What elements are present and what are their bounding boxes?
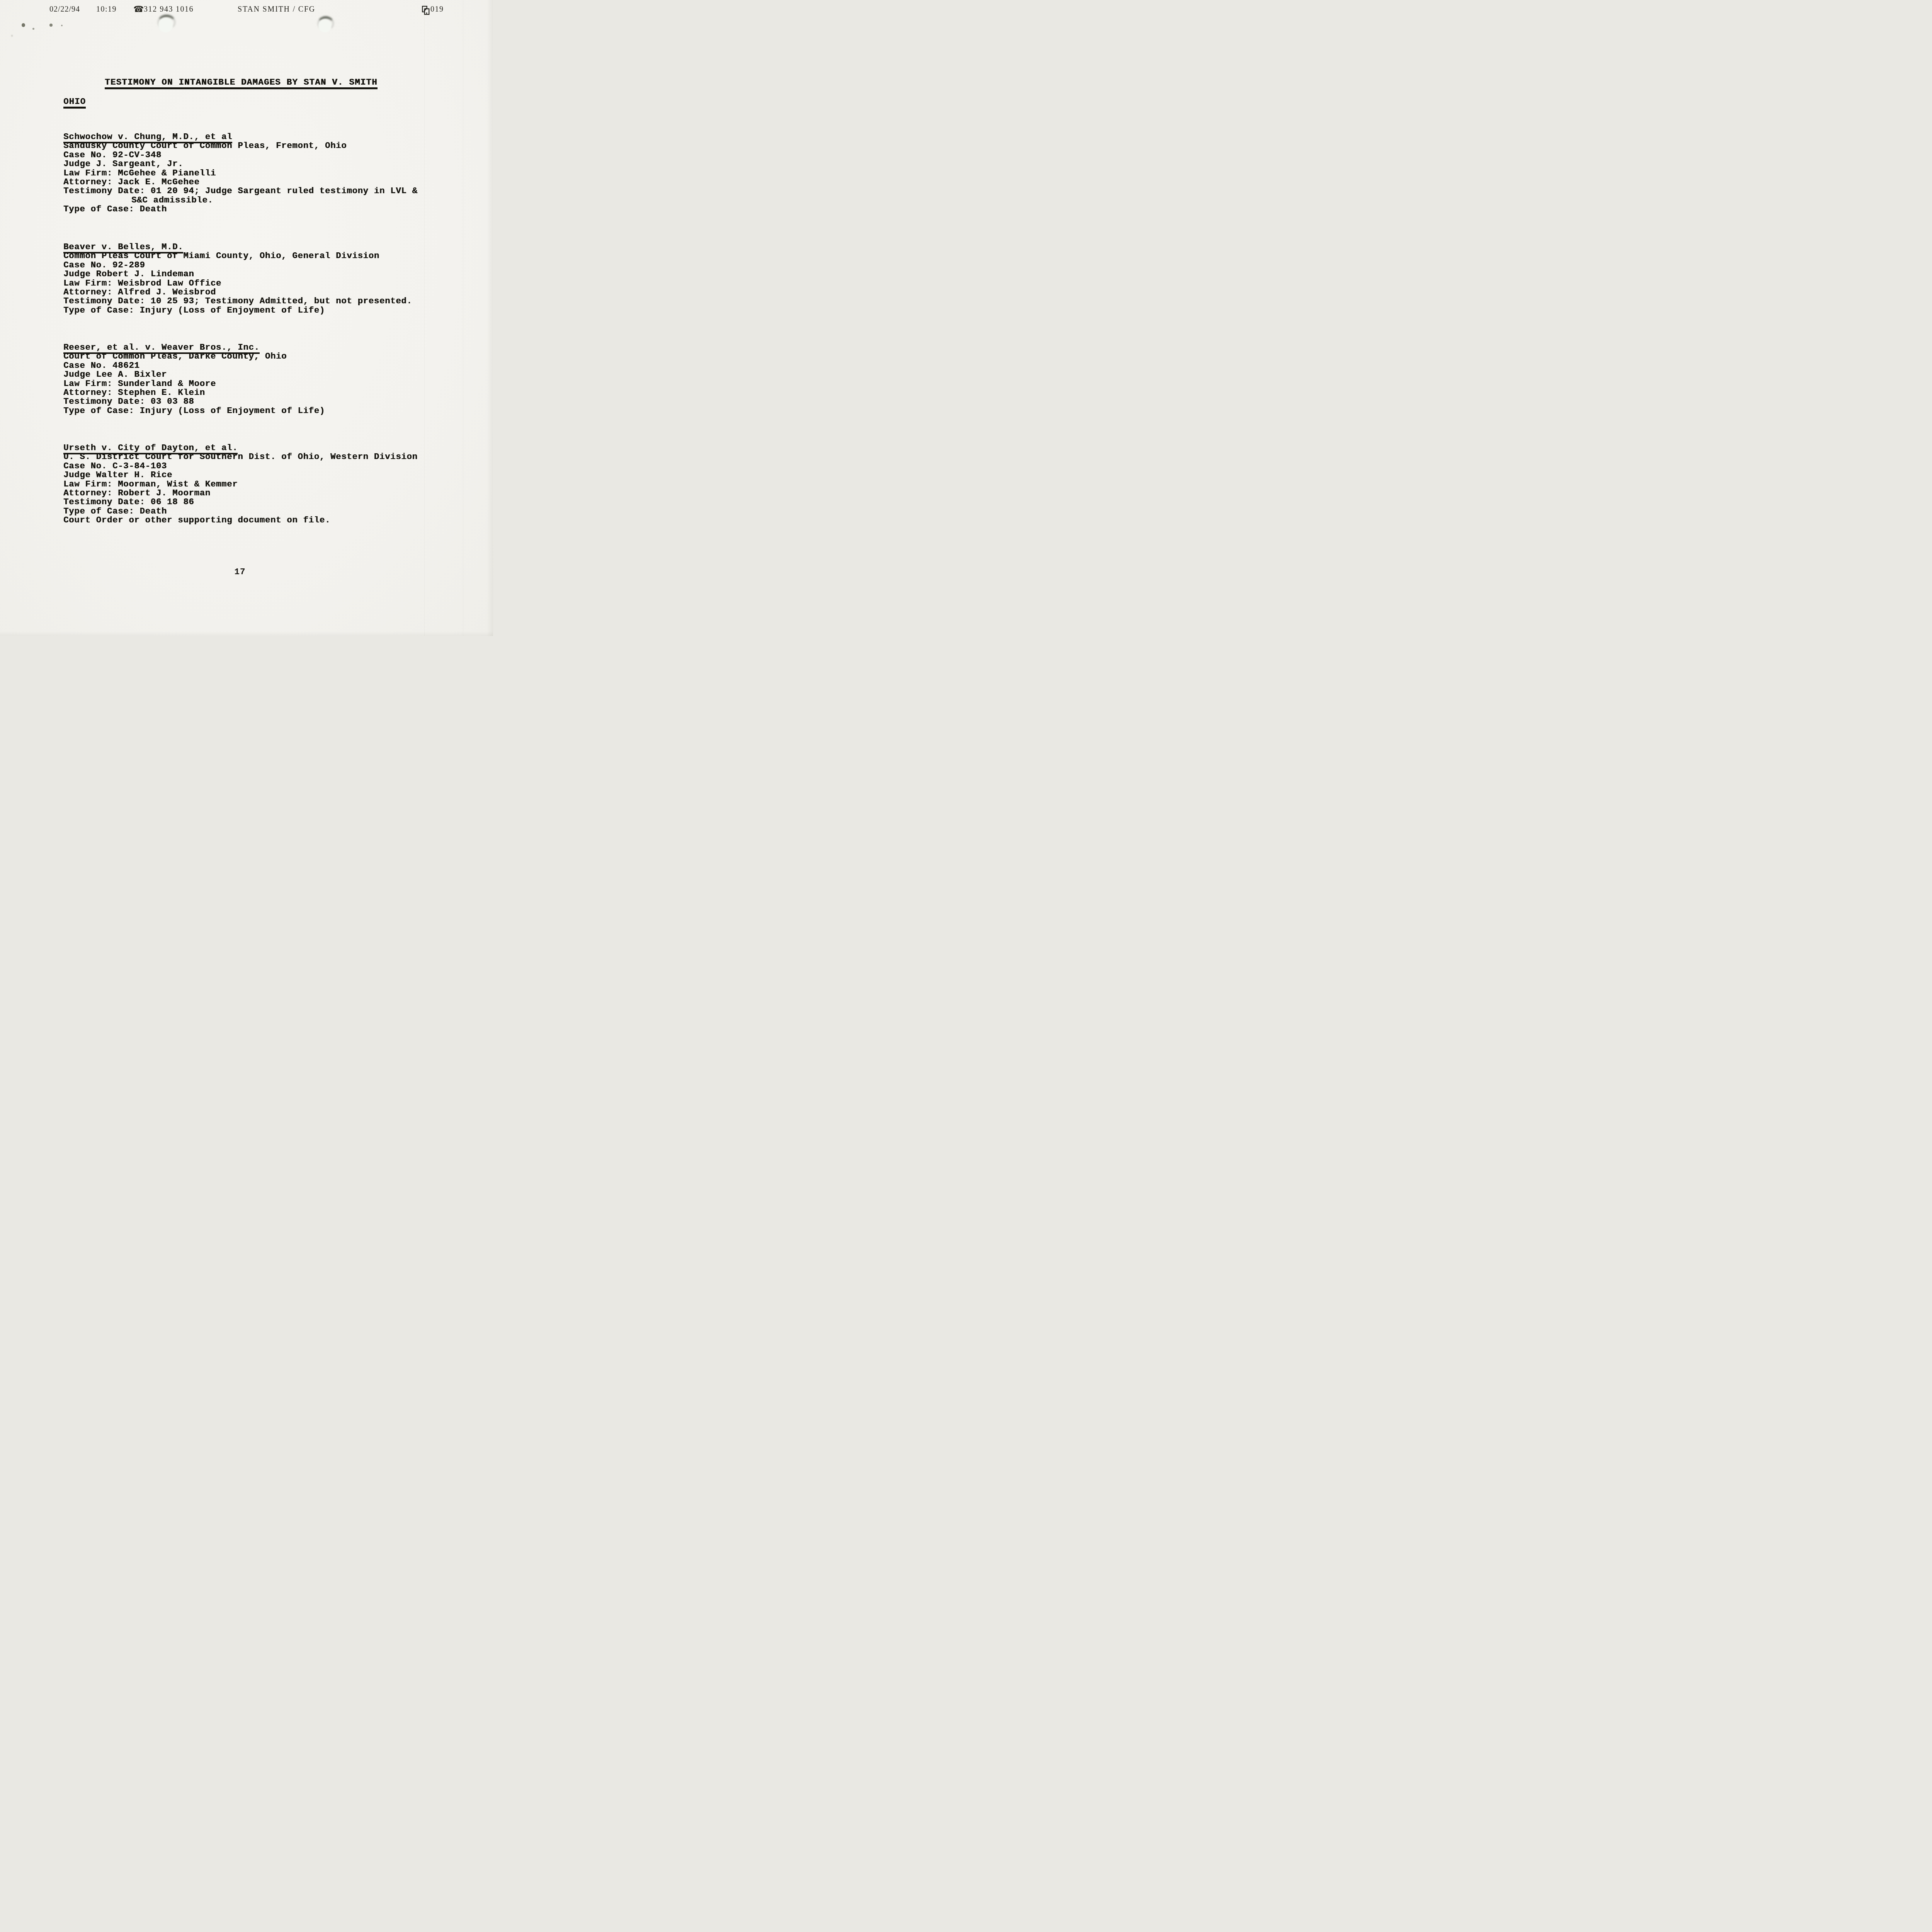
case-title-line: Schwochow v. Chung, M.D., et al [63,133,450,141]
case-judge: Judge Lee A. Bixler [63,370,450,379]
scan-streak [424,0,425,636]
case-number: Case No. 92-CV-348 [63,151,450,160]
case-block: Schwochow v. Chung, M.D., et al Sandusky… [63,133,450,214]
case-testimony-date: Testimony Date: 10 25 93; Testimony Admi… [63,297,450,306]
fax-pages-icon [422,6,430,15]
fax-page-indicator: 019 [430,4,444,15]
page-edge-shadow [487,0,493,636]
case-law-firm: Law Firm: Sunderland & Moore [63,379,450,388]
case-type: Type of Case: Injury (Loss of Enjoyment … [63,306,450,315]
case-attorney: Attorney: Jack E. McGehee [63,178,450,187]
case-attorney: Attorney: Robert J. Moorman [63,489,450,498]
case-testimony-continuation: S&C admissible. [63,196,450,205]
paper-speck [61,25,63,26]
case-attorney: Attorney: Alfred J. Weisbrod [63,288,450,297]
page-edge-shadow [0,631,493,636]
fax-sender: STAN SMITH / CFG [238,4,315,15]
case-title-line: Reeser, et al. v. Weaver Bros., Inc. [63,343,450,352]
fax-time: 10:19 [96,4,117,15]
case-law-firm: Law Firm: Weisbrod Law Office [63,279,450,288]
page-number: 17 [0,567,480,577]
case-title: Beaver v. Belles, M.D. [63,242,183,252]
case-block: Urseth v. City of Dayton, et al. U. S. D… [63,444,450,525]
case-judge: Judge Robert J. Lindeman [63,270,450,279]
case-title: Schwochow v. Chung, M.D., et al [63,132,232,142]
case-testimony-date: Testimony Date: 01 20 94; Judge Sargeant… [63,187,450,196]
fax-phone-number: 312 943 1016 [144,4,194,15]
scan-streak [463,0,463,636]
case-number: Case No. 92-289 [63,261,450,270]
case-number: Case No. C-3-84-103 [63,462,450,471]
case-court: Court of Common Pleas, Darke County, Ohi… [63,352,450,361]
case-court: Sandusky County Court of Common Pleas, F… [63,141,450,150]
case-type: Type of Case: Death [63,507,450,516]
fax-date: 02/22/94 [49,4,80,15]
case-title-line: Urseth v. City of Dayton, et al. [63,444,450,452]
state-heading: OHIO [63,97,86,107]
state-heading-text: OHIO [63,97,86,107]
telephone-icon: ☎ [133,4,144,15]
case-law-firm: Law Firm: Moorman, Wist & Kemmer [63,480,450,489]
document-title-text: TESTIMONY ON INTANGIBLE DAMAGES BY STAN … [105,77,378,87]
case-testimony-date: Testimony Date: 03 03 88 [63,397,450,406]
paper-speck [32,28,34,30]
case-title: Reeser, et al. v. Weaver Bros., Inc. [63,342,260,352]
case-judge: Judge J. Sargeant, Jr. [63,160,450,168]
document-title: TESTIMONY ON INTANGIBLE DAMAGES BY STAN … [105,77,378,87]
paper-speck [22,23,25,27]
fax-header: 02/22/94 10:19 ☎ 312 943 1016 STAN SMITH… [0,4,493,15]
case-title: Urseth v. City of Dayton, et al. [63,443,238,453]
case-note: Court Order or other supporting document… [63,516,450,525]
case-law-firm: Law Firm: McGehee & Pianelli [63,169,450,178]
case-testimony-date: Testimony Date: 06 18 86 [63,498,450,507]
case-block: Reeser, et al. v. Weaver Bros., Inc. Cou… [63,343,450,415]
case-court: Common Pleas Court of Miami County, Ohio… [63,252,450,260]
case-number: Case No. 48621 [63,361,450,370]
case-block: Beaver v. Belles, M.D. Common Pleas Cour… [63,243,450,315]
case-judge: Judge Walter H. Rice [63,471,450,480]
paper-speck [11,35,13,37]
fax-page: 02/22/94 10:19 ☎ 312 943 1016 STAN SMITH… [0,0,493,636]
paper-speck [49,24,53,27]
case-attorney: Attorney: Stephen E. Klein [63,388,450,397]
case-title-line: Beaver v. Belles, M.D. [63,243,450,252]
case-type: Type of Case: Death [63,205,450,214]
case-court: U. S. District Court for Southern Dist. … [63,452,450,461]
case-type: Type of Case: Injury (Loss of Enjoyment … [63,406,450,415]
